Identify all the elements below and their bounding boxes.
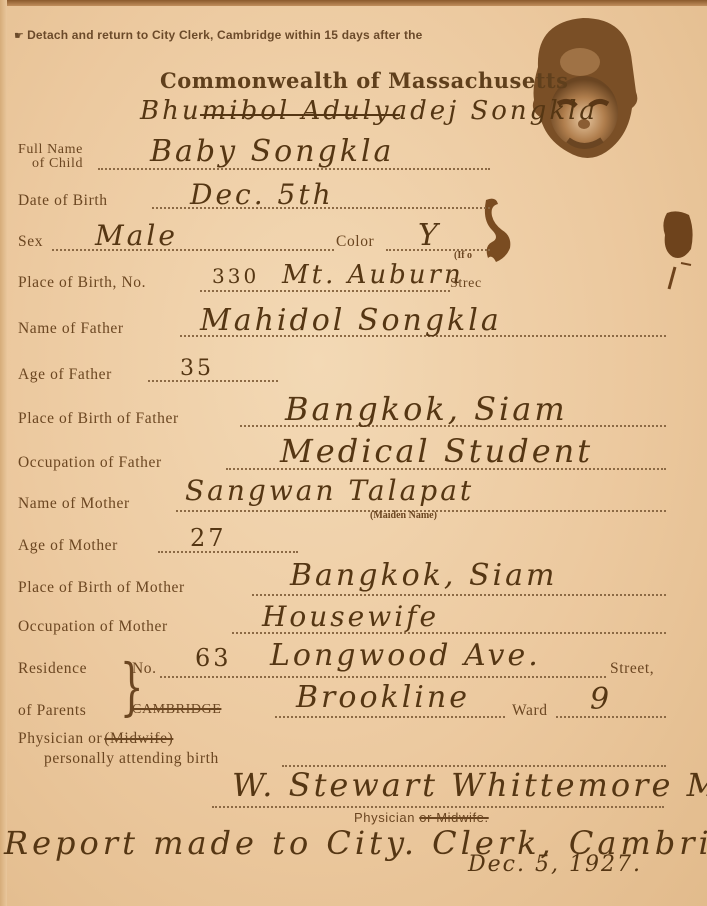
label-attending-birth: personally attending birth	[44, 750, 219, 768]
label-father-birthplace: Place of Birth of Father	[18, 410, 179, 428]
value-mother-name: Sangwan Talapat	[185, 474, 474, 507]
value-father-birthplace: Bangkok, Siam	[285, 390, 568, 428]
dotted-line	[200, 290, 450, 292]
city-struck: CAMBRIDGE	[132, 702, 221, 718]
label-of-parents: of Parents	[18, 702, 86, 720]
dotted-line	[275, 716, 505, 718]
value-residence-number: 63	[195, 644, 232, 672]
label-physician: Physician or(Midwife)	[18, 730, 173, 748]
label-full-name-line2: of Child	[18, 157, 83, 171]
dotted-line	[158, 551, 298, 553]
physician-caption: Physician or Midwife.	[354, 810, 489, 825]
value-place-of-birth-street: Mt. Auburn	[282, 260, 464, 290]
caption-midwife-struck: or Midwife.	[419, 810, 488, 825]
value-sex: Male	[95, 219, 178, 252]
return-instruction: ☛Detach and return to City Clerk, Cambri…	[14, 28, 423, 42]
caption-physician: Physician	[354, 810, 415, 825]
label-mother-occupation: Occupation of Mother	[18, 618, 168, 636]
label-residence: Residence	[18, 660, 87, 678]
value-father-occupation: Medical Student	[280, 432, 593, 470]
value-color: Y	[418, 218, 441, 253]
label-mother-birthplace: Place of Birth of Mother	[18, 579, 185, 597]
value-father-name: Mahidol Songkla	[200, 303, 502, 338]
pointing-hand-icon: ☛	[14, 30, 24, 42]
label-full-name-line1: Full Name	[18, 143, 83, 157]
label-ward: Ward	[512, 702, 548, 720]
signature-line	[212, 806, 664, 808]
value-ward: 9	[590, 682, 612, 717]
birth-certificate-paper: ☛Detach and return to City Clerk, Cambri…	[0, 0, 707, 906]
label-date-of-birth: Date of Birth	[18, 192, 108, 210]
document-title: Commonwealth of Massachusetts	[160, 68, 568, 93]
label-street-suffix: Strec	[450, 276, 482, 292]
value-residence-street: Longwood Ave.	[270, 638, 541, 673]
value-mother-age: 27	[190, 524, 227, 552]
report-date: Dec. 5, 1927.	[468, 852, 642, 877]
maiden-name-note: (Maiden Name)	[370, 510, 437, 521]
frame-edge-top	[0, 0, 707, 6]
value-date-of-birth: Dec. 5th	[190, 178, 334, 211]
value-child-name: Baby Songkla	[150, 134, 394, 169]
frame-edge-left	[0, 0, 7, 906]
stamp-fragment-right	[655, 205, 699, 295]
dotted-line	[252, 594, 666, 596]
label-street: Street,	[610, 660, 654, 678]
annotation-top: Bhumibol Adulyadej Songkla	[140, 96, 598, 126]
label-physician-prefix: Physician or	[18, 730, 102, 747]
label-sex: Sex	[18, 233, 43, 251]
dotted-line	[160, 676, 606, 678]
annotation-strike-line	[200, 114, 400, 116]
label-no: No.	[132, 660, 157, 678]
value-residence-city: Brookline	[296, 680, 470, 715]
annotation-top-text: Bhumibol Adulyadej Songkla	[140, 96, 598, 126]
label-place-of-birth: Place of Birth, No.	[18, 274, 146, 292]
value-father-age: 35	[180, 356, 214, 381]
label-midwife-struck: (Midwife)	[104, 730, 173, 747]
label-father-name: Name of Father	[18, 320, 124, 338]
label-full-name: Full Name of Child	[18, 143, 83, 171]
label-father-age: Age of Father	[18, 366, 112, 384]
value-mother-occupation: Housewife	[262, 600, 439, 633]
value-place-of-birth-number: 330	[212, 264, 259, 288]
value-mother-birthplace: Bangkok, Siam	[290, 558, 557, 593]
label-color: Color	[336, 233, 374, 251]
physician-signature: W. Stewart Whittemore M.D.	[232, 766, 707, 804]
instruction-text: Detach and return to City Clerk, Cambrid…	[27, 28, 422, 42]
label-mother-name: Name of Mother	[18, 495, 130, 513]
label-father-occupation: Occupation of Father	[18, 454, 162, 472]
label-mother-age: Age of Mother	[18, 537, 118, 555]
